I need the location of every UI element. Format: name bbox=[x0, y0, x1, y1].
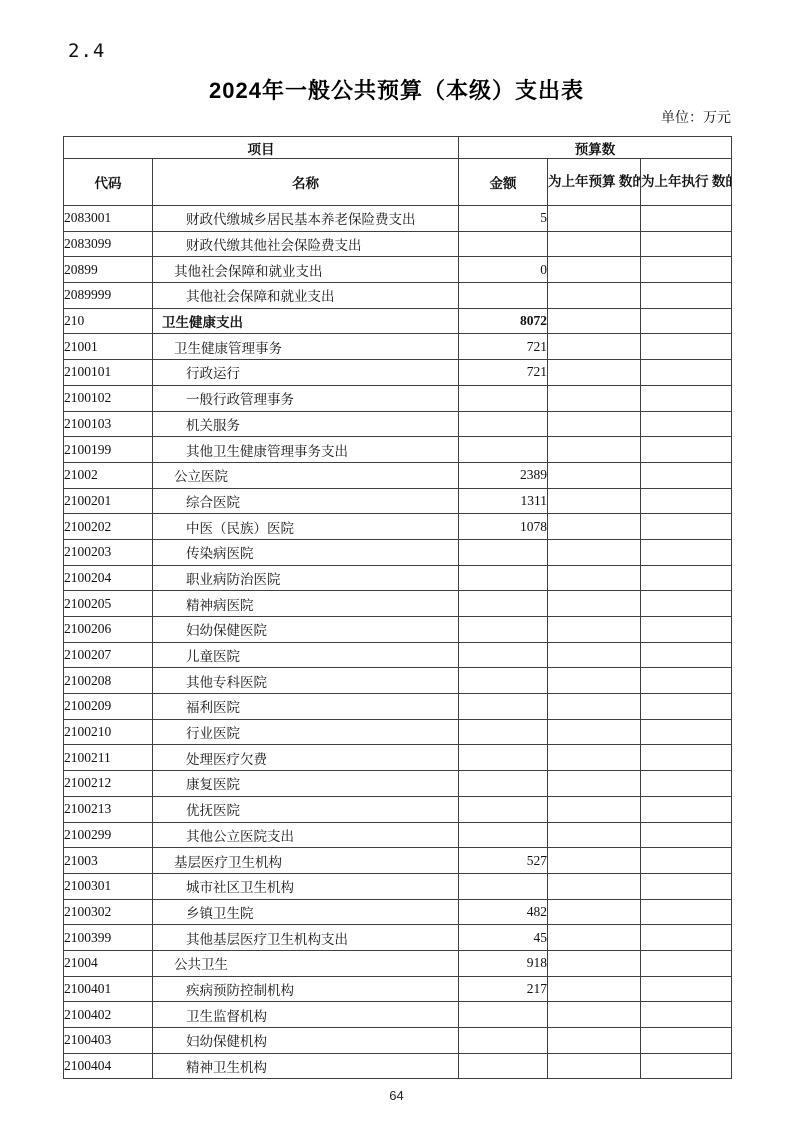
table-row: 2100202中医（民族）医院1078 bbox=[64, 514, 732, 540]
cell-pct-prev-budget bbox=[548, 899, 641, 925]
cell-code: 2100209 bbox=[64, 694, 153, 720]
table-row: 2100403妇幼保健机构 bbox=[64, 1028, 732, 1054]
cell-name: 公共卫生 bbox=[153, 950, 459, 976]
budget-table: 项目 预算数 代码 名称 金额 为上年预算 数的% 为上年执行 数的% 2083… bbox=[63, 136, 732, 1079]
cell-name: 卫生监督机构 bbox=[153, 1002, 459, 1028]
cell-pct-prev-actual bbox=[641, 1002, 732, 1028]
cell-amount: 918 bbox=[459, 950, 548, 976]
cell-pct-prev-actual bbox=[641, 308, 732, 334]
cell-name: 其他基层医疗卫生机构支出 bbox=[153, 925, 459, 951]
cell-amount: 0 bbox=[459, 257, 548, 283]
cell-amount bbox=[459, 411, 548, 437]
cell-pct-prev-budget bbox=[548, 411, 641, 437]
cell-code: 2100211 bbox=[64, 745, 153, 771]
cell-code: 2100212 bbox=[64, 771, 153, 797]
cell-pct-prev-actual bbox=[641, 591, 732, 617]
cell-pct-prev-actual bbox=[641, 745, 732, 771]
cell-name: 传染病医院 bbox=[153, 539, 459, 565]
cell-name: 机关服务 bbox=[153, 411, 459, 437]
cell-pct-prev-budget bbox=[548, 206, 641, 232]
cell-name: 财政代缴其他社会保险费支出 bbox=[153, 231, 459, 257]
table-row: 2100301城市社区卫生机构 bbox=[64, 873, 732, 899]
cell-amount: 2389 bbox=[459, 462, 548, 488]
cell-pct-prev-actual bbox=[641, 283, 732, 309]
cell-code: 2089999 bbox=[64, 283, 153, 309]
cell-amount: 5 bbox=[459, 206, 548, 232]
table-row: 2100299其他公立医院支出 bbox=[64, 822, 732, 848]
cell-pct-prev-actual bbox=[641, 539, 732, 565]
table-row: 2100206妇幼保健医院 bbox=[64, 617, 732, 643]
cell-pct-prev-budget bbox=[548, 617, 641, 643]
header-project-group: 项目 bbox=[64, 137, 459, 159]
cell-amount bbox=[459, 694, 548, 720]
cell-name: 综合医院 bbox=[153, 488, 459, 514]
header-budget-group: 预算数 bbox=[459, 137, 732, 159]
cell-amount: 217 bbox=[459, 976, 548, 1002]
cell-pct-prev-budget bbox=[548, 1028, 641, 1054]
cell-name: 卫生健康管理事务 bbox=[153, 334, 459, 360]
cell-code: 2083001 bbox=[64, 206, 153, 232]
cell-pct-prev-actual bbox=[641, 796, 732, 822]
page-title: 2024年一般公共预算（本级）支出表 bbox=[0, 74, 793, 105]
table-row: 2100204职业病防治医院 bbox=[64, 565, 732, 591]
cell-pct-prev-budget bbox=[548, 642, 641, 668]
table-row: 2083099财政代缴其他社会保险费支出 bbox=[64, 231, 732, 257]
header-name: 名称 bbox=[153, 159, 459, 206]
cell-code: 2100103 bbox=[64, 411, 153, 437]
table-row: 2100101行政运行721 bbox=[64, 360, 732, 386]
cell-name: 妇幼保健机构 bbox=[153, 1028, 459, 1054]
cell-amount bbox=[459, 873, 548, 899]
cell-name: 处理医疗欠费 bbox=[153, 745, 459, 771]
document-page: 2.4 2024年一般公共预算（本级）支出表 单位：万元 项目 预算数 代码 名… bbox=[0, 0, 793, 1122]
cell-code: 2100301 bbox=[64, 873, 153, 899]
cell-code: 2100102 bbox=[64, 385, 153, 411]
cell-pct-prev-budget bbox=[548, 1053, 641, 1079]
cell-code: 2100401 bbox=[64, 976, 153, 1002]
cell-code: 2100205 bbox=[64, 591, 153, 617]
cell-code: 2100399 bbox=[64, 925, 153, 951]
table-body: 2083001财政代缴城乡居民基本养老保险费支出52083099财政代缴其他社会… bbox=[64, 206, 732, 1079]
cell-amount bbox=[459, 283, 548, 309]
cell-pct-prev-actual bbox=[641, 565, 732, 591]
cell-name: 财政代缴城乡居民基本养老保险费支出 bbox=[153, 206, 459, 232]
cell-amount bbox=[459, 1002, 548, 1028]
table-row: 2100199其他卫生健康管理事务支出 bbox=[64, 437, 732, 463]
cell-code: 21003 bbox=[64, 848, 153, 874]
cell-pct-prev-budget bbox=[548, 488, 641, 514]
cell-pct-prev-actual bbox=[641, 848, 732, 874]
cell-pct-prev-budget bbox=[548, 360, 641, 386]
cell-name: 中医（民族）医院 bbox=[153, 514, 459, 540]
cell-amount bbox=[459, 822, 548, 848]
cell-pct-prev-actual bbox=[641, 668, 732, 694]
cell-pct-prev-actual bbox=[641, 1028, 732, 1054]
cell-pct-prev-budget bbox=[548, 822, 641, 848]
table-row: 21003基层医疗卫生机构527 bbox=[64, 848, 732, 874]
cell-name: 福利医院 bbox=[153, 694, 459, 720]
table-row: 2100404精神卫生机构 bbox=[64, 1053, 732, 1079]
cell-pct-prev-budget bbox=[548, 385, 641, 411]
cell-name: 康复医院 bbox=[153, 771, 459, 797]
cell-pct-prev-budget bbox=[548, 565, 641, 591]
cell-pct-prev-actual bbox=[641, 873, 732, 899]
cell-amount bbox=[459, 796, 548, 822]
cell-pct-prev-actual bbox=[641, 411, 732, 437]
cell-pct-prev-budget bbox=[548, 334, 641, 360]
cell-pct-prev-actual bbox=[641, 771, 732, 797]
cell-code: 2100207 bbox=[64, 642, 153, 668]
cell-code: 2100404 bbox=[64, 1053, 153, 1079]
table-row: 21002公立医院2389 bbox=[64, 462, 732, 488]
cell-name: 职业病防治医院 bbox=[153, 565, 459, 591]
cell-amount: 482 bbox=[459, 899, 548, 925]
cell-pct-prev-actual bbox=[641, 334, 732, 360]
cell-pct-prev-budget bbox=[548, 848, 641, 874]
cell-name: 疾病预防控制机构 bbox=[153, 976, 459, 1002]
cell-pct-prev-actual bbox=[641, 925, 732, 951]
cell-pct-prev-budget bbox=[548, 257, 641, 283]
cell-pct-prev-actual bbox=[641, 1053, 732, 1079]
cell-code: 2100203 bbox=[64, 539, 153, 565]
table-row: 2083001财政代缴城乡居民基本养老保险费支出5 bbox=[64, 206, 732, 232]
cell-amount: 721 bbox=[459, 334, 548, 360]
cell-pct-prev-actual bbox=[641, 514, 732, 540]
cell-pct-prev-budget bbox=[548, 694, 641, 720]
cell-name: 城市社区卫生机构 bbox=[153, 873, 459, 899]
cell-code: 2100299 bbox=[64, 822, 153, 848]
page-number: 64 bbox=[0, 1088, 793, 1103]
cell-name: 乡镇卫生院 bbox=[153, 899, 459, 925]
cell-name: 优抚医院 bbox=[153, 796, 459, 822]
table-row: 2100213优抚医院 bbox=[64, 796, 732, 822]
cell-pct-prev-actual bbox=[641, 950, 732, 976]
cell-name: 卫生健康支出 bbox=[153, 308, 459, 334]
cell-pct-prev-budget bbox=[548, 514, 641, 540]
cell-code: 210 bbox=[64, 308, 153, 334]
header-pct-prev-budget: 为上年预算 数的% bbox=[548, 159, 641, 206]
cell-pct-prev-actual bbox=[641, 206, 732, 232]
cell-pct-prev-budget bbox=[548, 976, 641, 1002]
table-row: 2100102一般行政管理事务 bbox=[64, 385, 732, 411]
cell-code: 2083099 bbox=[64, 231, 153, 257]
cell-pct-prev-actual bbox=[641, 462, 732, 488]
cell-amount bbox=[459, 617, 548, 643]
cell-pct-prev-budget bbox=[548, 745, 641, 771]
cell-pct-prev-budget bbox=[548, 796, 641, 822]
cell-amount: 45 bbox=[459, 925, 548, 951]
cell-name: 一般行政管理事务 bbox=[153, 385, 459, 411]
cell-name: 其他社会保障和就业支出 bbox=[153, 257, 459, 283]
table-row: 21001卫生健康管理事务721 bbox=[64, 334, 732, 360]
cell-code: 2100201 bbox=[64, 488, 153, 514]
table-row: 2100205精神病医院 bbox=[64, 591, 732, 617]
cell-amount bbox=[459, 591, 548, 617]
cell-pct-prev-actual bbox=[641, 694, 732, 720]
header-amount: 金额 bbox=[459, 159, 548, 206]
cell-amount bbox=[459, 437, 548, 463]
unit-label: 单位：万元 bbox=[661, 107, 731, 127]
cell-pct-prev-budget bbox=[548, 437, 641, 463]
cell-pct-prev-actual bbox=[641, 899, 732, 925]
cell-pct-prev-actual bbox=[641, 437, 732, 463]
cell-pct-prev-budget bbox=[548, 308, 641, 334]
cell-name: 基层医疗卫生机构 bbox=[153, 848, 459, 874]
cell-amount bbox=[459, 745, 548, 771]
cell-pct-prev-budget bbox=[548, 462, 641, 488]
table-row: 2089999其他社会保障和就业支出 bbox=[64, 283, 732, 309]
cell-amount: 527 bbox=[459, 848, 548, 874]
cell-pct-prev-budget bbox=[548, 873, 641, 899]
table-row: 2100211处理医疗欠费 bbox=[64, 745, 732, 771]
cell-amount bbox=[459, 539, 548, 565]
table-row: 210卫生健康支出8072 bbox=[64, 308, 732, 334]
cell-amount bbox=[459, 642, 548, 668]
cell-pct-prev-budget bbox=[548, 950, 641, 976]
cell-pct-prev-budget bbox=[548, 283, 641, 309]
cell-name: 妇幼保健医院 bbox=[153, 617, 459, 643]
cell-amount bbox=[459, 231, 548, 257]
cell-amount: 8072 bbox=[459, 308, 548, 334]
cell-code: 2100210 bbox=[64, 719, 153, 745]
table-row: 2100302乡镇卫生院482 bbox=[64, 899, 732, 925]
table-row: 2100208其他专科医院 bbox=[64, 668, 732, 694]
cell-code: 2100208 bbox=[64, 668, 153, 694]
cell-code: 2100402 bbox=[64, 1002, 153, 1028]
cell-pct-prev-actual bbox=[641, 360, 732, 386]
table-row: 2100207儿童医院 bbox=[64, 642, 732, 668]
cell-name: 精神卫生机构 bbox=[153, 1053, 459, 1079]
table-header-row: 代码 名称 金额 为上年预算 数的% 为上年执行 数的% bbox=[64, 159, 732, 206]
cell-amount bbox=[459, 771, 548, 797]
table-row: 2100103机关服务 bbox=[64, 411, 732, 437]
cell-name: 其他社会保障和就业支出 bbox=[153, 283, 459, 309]
cell-amount: 1078 bbox=[459, 514, 548, 540]
cell-code: 2100403 bbox=[64, 1028, 153, 1054]
cell-amount bbox=[459, 385, 548, 411]
cell-code: 2100202 bbox=[64, 514, 153, 540]
table-row: 2100210行业医院 bbox=[64, 719, 732, 745]
cell-code: 2100213 bbox=[64, 796, 153, 822]
cell-code: 2100204 bbox=[64, 565, 153, 591]
table-row: 2100209福利医院 bbox=[64, 694, 732, 720]
cell-pct-prev-budget bbox=[548, 591, 641, 617]
cell-code: 2100199 bbox=[64, 437, 153, 463]
table-row: 2100201综合医院1311 bbox=[64, 488, 732, 514]
table-row: 2100203传染病医院 bbox=[64, 539, 732, 565]
cell-pct-prev-budget bbox=[548, 925, 641, 951]
cell-code: 21004 bbox=[64, 950, 153, 976]
table-row: 21004公共卫生918 bbox=[64, 950, 732, 976]
cell-pct-prev-actual bbox=[641, 385, 732, 411]
cell-pct-prev-actual bbox=[641, 719, 732, 745]
cell-pct-prev-budget bbox=[548, 771, 641, 797]
cell-pct-prev-budget bbox=[548, 668, 641, 694]
cell-pct-prev-budget bbox=[548, 719, 641, 745]
cell-name: 其他卫生健康管理事务支出 bbox=[153, 437, 459, 463]
cell-amount: 1311 bbox=[459, 488, 548, 514]
cell-amount: 721 bbox=[459, 360, 548, 386]
cell-pct-prev-actual bbox=[641, 976, 732, 1002]
cell-amount bbox=[459, 565, 548, 591]
table-header-group-row: 项目 预算数 bbox=[64, 137, 732, 159]
cell-amount bbox=[459, 1028, 548, 1054]
header-pct-prev-actual: 为上年执行 数的% bbox=[641, 159, 732, 206]
table-row: 2100399其他基层医疗卫生机构支出45 bbox=[64, 925, 732, 951]
table-row: 2100402卫生监督机构 bbox=[64, 1002, 732, 1028]
cell-name: 精神病医院 bbox=[153, 591, 459, 617]
header-code: 代码 bbox=[64, 159, 153, 206]
cell-name: 公立医院 bbox=[153, 462, 459, 488]
cell-code: 2100206 bbox=[64, 617, 153, 643]
cell-pct-prev-actual bbox=[641, 488, 732, 514]
table-row: 20899其他社会保障和就业支出0 bbox=[64, 257, 732, 283]
cell-name: 行业医院 bbox=[153, 719, 459, 745]
cell-name: 儿童医院 bbox=[153, 642, 459, 668]
cell-pct-prev-actual bbox=[641, 617, 732, 643]
cell-name: 其他公立医院支出 bbox=[153, 822, 459, 848]
cell-amount bbox=[459, 719, 548, 745]
cell-pct-prev-budget bbox=[548, 539, 641, 565]
cell-code: 21001 bbox=[64, 334, 153, 360]
cell-code: 2100302 bbox=[64, 899, 153, 925]
table-row: 2100212康复医院 bbox=[64, 771, 732, 797]
cell-code: 2100101 bbox=[64, 360, 153, 386]
cell-amount bbox=[459, 1053, 548, 1079]
cell-pct-prev-actual bbox=[641, 822, 732, 848]
table-row: 2100401疾病预防控制机构217 bbox=[64, 976, 732, 1002]
cell-name: 其他专科医院 bbox=[153, 668, 459, 694]
cell-pct-prev-actual bbox=[641, 642, 732, 668]
cell-pct-prev-actual bbox=[641, 231, 732, 257]
cell-pct-prev-budget bbox=[548, 231, 641, 257]
cell-pct-prev-budget bbox=[548, 1002, 641, 1028]
cell-pct-prev-actual bbox=[641, 257, 732, 283]
cell-name: 行政运行 bbox=[153, 360, 459, 386]
cell-code: 20899 bbox=[64, 257, 153, 283]
cell-amount bbox=[459, 668, 548, 694]
cell-code: 21002 bbox=[64, 462, 153, 488]
section-number: 2.4 bbox=[68, 40, 105, 62]
